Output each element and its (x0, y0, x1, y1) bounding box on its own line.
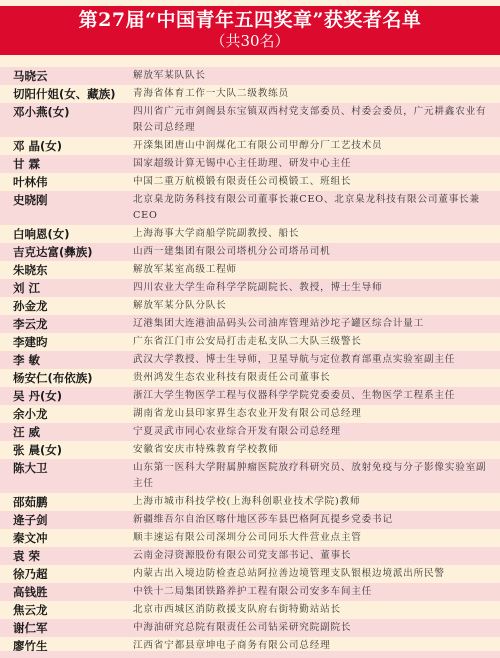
bottom-divider (0, 651, 500, 658)
awardee-title: 新疆维吾尔自治区喀什地区莎车县巴格阿瓦提乡党委书记 (120, 512, 500, 528)
list-item: 逄子剑新疆维吾尔自治区喀什地区莎车县巴格阿瓦提乡党委书记 (0, 511, 500, 529)
awardee-title: 广东省江门市公安局打击走私支队二大队三级警长 (120, 334, 500, 350)
header-banner: 第27届“中国青年五四奖章”获奖者名单 （共30名） (0, 6, 500, 55)
list-item: 李建昀广东省江门市公安局打击走私支队二大队三级警长 (0, 333, 500, 351)
awardee-name: 徐乃超 (0, 566, 120, 582)
awardee-name: 白响恩(女) (0, 226, 120, 242)
list-item: 焦云龙北京市西城区消防救援支队府右街特勤站站长 (0, 601, 500, 619)
awardee-title: 安徽省安庆市特殊教育学校教师 (120, 442, 500, 458)
awardee-name: 焦云龙 (0, 602, 120, 618)
awardee-name: 谢仁军 (0, 620, 120, 636)
awardee-name: 李建昀 (0, 334, 120, 350)
awardee-name: 史晓刚 (0, 192, 120, 208)
awardee-title: 北京市西城区消防救援支队府右街特勤站站长 (120, 602, 500, 618)
awardee-name: 张 晨(女) (0, 442, 120, 458)
awardee-name: 叶林伟 (0, 174, 120, 190)
page-title: 第27届“中国青年五四奖章”获奖者名单 (0, 8, 500, 32)
awardee-name: 吴 丹(女) (0, 388, 120, 404)
awardee-name: 逄子剑 (0, 512, 120, 528)
awardee-title: 辽港集团大连港油品码头公司油库管理站沙坨子罐区综合计量工 (120, 316, 500, 332)
awardee-title: 青海省体育工作一大队二级教练员 (120, 86, 500, 102)
list-item: 史晓刚北京臬龙防务科技有限公司董事长兼CEO、北京臬龙科技有限公司董事长兼CEO (0, 191, 500, 225)
page-subtitle: （共30名） (0, 32, 500, 51)
awardee-name: 马晓云 (0, 68, 120, 84)
list-item: 吴 丹(女)浙江大学生物医学工程与仪器科学学院党委委员、生物医学工程系主任 (0, 387, 500, 405)
awardee-title: 四川省广元市剑阁县东宝镇双西村党支部委员、村委会委员，广元耕鑫农业有限公司总经理 (120, 104, 500, 136)
list-item: 汪 威宁夏灵武市同心农业综合开发有限公司总经理 (0, 423, 500, 441)
list-item: 刘 江四川农业大学生命科学学院副院长、教授，博士生导师 (0, 279, 500, 297)
awardee-title: 湖南省龙山县印家界生态农业开发有限公司总经理 (120, 406, 500, 422)
awardee-name: 余小龙 (0, 406, 120, 422)
list-item: 谢仁军中海油研究总院有限责任公司钻采研究院副院长 (0, 619, 500, 637)
list-item: 叶林伟中国二重万航模锻有限责任公司模锻工、班组长 (0, 173, 500, 191)
awardee-list: 马晓云解放军某队队长 切阳什姐(女、藏族)青海省体育工作一大队二级教练员 邓小燕… (0, 67, 500, 655)
list-item: 吉克达富(彝族)山西一建集团有限公司塔机分公司塔吊司机 (0, 243, 500, 261)
awardee-name: 朱晓东 (0, 262, 120, 278)
awardee-title: 开滦集团唐山中润煤化工有限公司甲醇分厂工艺技术员 (120, 138, 500, 154)
awardee-name: 孙金龙 (0, 298, 120, 314)
awardee-name: 秦文冲 (0, 530, 120, 546)
awardee-title: 山东第一医科大学附属肿瘤医院放疗科研究员、放射免疫与分子影像实验室副主任 (120, 460, 500, 492)
awardee-title: 国家超级计算无锡中心主任助理、研发中心主任 (120, 156, 500, 172)
list-item: 袁 荣云南金浔资源股份有限公司党支部书记、董事长 (0, 547, 500, 565)
awardee-name: 李云龙 (0, 316, 120, 332)
awardee-name: 李 敏 (0, 352, 120, 368)
list-item: 白响恩(女)上海海事大学商船学院副教授、船长 (0, 225, 500, 243)
awardee-title: 中国二重万航模锻有限责任公司模锻工、班组长 (120, 174, 500, 190)
awardee-title: 解放军某队队长 (120, 68, 500, 84)
list-item: 甘 霖国家超级计算无锡中心主任助理、研发中心主任 (0, 155, 500, 173)
list-item: 徐乃超内蒙古出入境边防检查总站阿拉善边境管理支队银根边境派出所民警 (0, 565, 500, 583)
awardee-title: 解放军某室高级工程师 (120, 262, 500, 278)
list-item: 切阳什姐(女、藏族)青海省体育工作一大队二级教练员 (0, 85, 500, 103)
list-item: 杨安仁(布依族)贵州鸿发生态农业科技有限责任公司董事长 (0, 369, 500, 387)
list-item: 李云龙辽港集团大连港油品码头公司油库管理站沙坨子罐区综合计量工 (0, 315, 500, 333)
awardee-name: 刘 江 (0, 280, 120, 296)
awardee-title: 中铁十二局集团铁路养护工程有限公司安多车间主任 (120, 584, 500, 600)
awardee-title: 上海市城市科技学校(上海科创职业技术学院)教师 (120, 494, 500, 510)
awardee-title: 解放军某分队分队长 (120, 298, 500, 314)
awardee-title: 上海海事大学商船学院副教授、船长 (120, 226, 500, 242)
list-item: 高钱胜中铁十二局集团铁路养护工程有限公司安多车间主任 (0, 583, 500, 601)
awardee-title: 宁夏灵武市同心农业综合开发有限公司总经理 (120, 424, 500, 440)
awardee-name: 袁 荣 (0, 548, 120, 564)
awardee-title: 浙江大学生物医学工程与仪器科学学院党委委员、生物医学工程系主任 (120, 388, 500, 404)
awardee-name: 高钱胜 (0, 584, 120, 600)
list-item: 邓小燕(女)四川省广元市剑阁县东宝镇双西村党支部委员、村委会委员，广元耕鑫农业有… (0, 103, 500, 137)
awardee-name: 甘 霖 (0, 156, 120, 172)
awardee-name: 邓 晶(女) (0, 138, 120, 154)
awardee-name: 邓小燕(女) (0, 104, 120, 120)
awardee-title: 中海油研究总院有限责任公司钻采研究院副院长 (120, 620, 500, 636)
list-item: 朱晓东解放军某室高级工程师 (0, 261, 500, 279)
awardee-title: 内蒙古出入境边防检查总站阿拉善边境管理支队银根边境派出所民警 (120, 566, 500, 582)
awardee-title: 北京臬龙防务科技有限公司董事长兼CEO、北京臬龙科技有限公司董事长兼CEO (120, 192, 500, 224)
awardee-name: 邵茹鹏 (0, 494, 120, 510)
list-item: 孙金龙解放军某分队分队长 (0, 297, 500, 315)
awardee-name: 陈大卫 (0, 460, 120, 476)
awardee-name: 杨安仁(布依族) (0, 370, 120, 386)
awardee-name: 切阳什姐(女、藏族) (0, 86, 120, 102)
list-item: 秦文冲顺丰速运有限公司深圳分公司同乐大件营业点主管 (0, 529, 500, 547)
awardee-title: 武汉大学教授、博士生导师，卫星导航与定位教育部重点实验室副主任 (120, 352, 500, 368)
awardee-title: 山西一建集团有限公司塔机分公司塔吊司机 (120, 244, 500, 260)
awardee-title: 顺丰速运有限公司深圳分公司同乐大件营业点主管 (120, 530, 500, 546)
list-item: 陈大卫山东第一医科大学附属肿瘤医院放疗科研究员、放射免疫与分子影像实验室副主任 (0, 459, 500, 493)
list-item: 张 晨(女)安徽省安庆市特殊教育学校教师 (0, 441, 500, 459)
awardee-name: 吉克达富(彝族) (0, 244, 120, 260)
awardee-name: 汪 威 (0, 424, 120, 440)
list-item: 邓 晶(女)开滦集团唐山中润煤化工有限公司甲醇分厂工艺技术员 (0, 137, 500, 155)
list-item: 邵茹鹏上海市城市科技学校(上海科创职业技术学院)教师 (0, 493, 500, 511)
awardee-title: 四川农业大学生命科学学院副院长、教授，博士生导师 (120, 280, 500, 296)
list-item: 李 敏武汉大学教授、博士生导师，卫星导航与定位教育部重点实验室副主任 (0, 351, 500, 369)
awardee-title: 云南金浔资源股份有限公司党支部书记、董事长 (120, 548, 500, 564)
list-item: 余小龙湖南省龙山县印家界生态农业开发有限公司总经理 (0, 405, 500, 423)
list-item: 马晓云解放军某队队长 (0, 67, 500, 85)
awardee-title: 贵州鸿发生态农业科技有限责任公司董事长 (120, 370, 500, 386)
